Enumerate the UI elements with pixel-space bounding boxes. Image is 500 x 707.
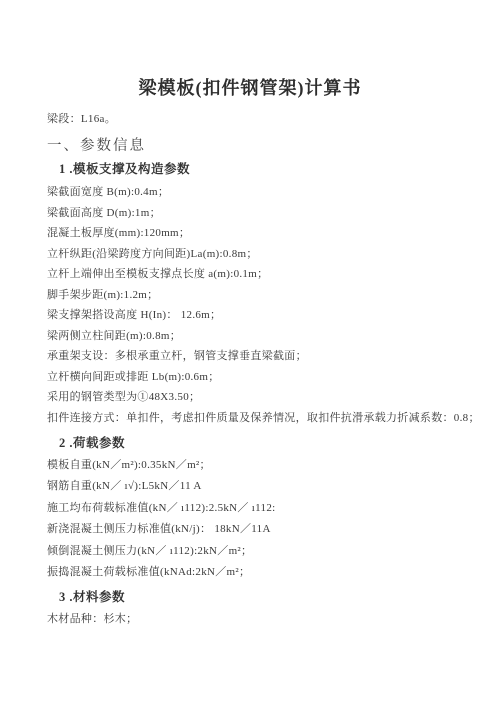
subsection-formwork-params: 1 .模板支撑及构造参数 梁截面宽度 B(m):0.4m； 梁截面高度 D(m)… [47,163,478,424]
param-line: 立杆横向间距或排距 Lb(m):0.6m； [47,372,478,383]
param-line: 模板自重(kN／m²):0.35kN／m²； [47,460,478,471]
param-line: 承重架支设：多根承重立杆，钢管支撑垂直梁截面； [47,351,478,362]
subsection-material-params: 3 .材料参数 木材品种：杉木； [47,591,478,625]
param-line: 梁截面宽度 B(m):0.4m； [47,187,478,198]
subsection-1-heading: 1 .模板支撑及构造参数 [59,163,478,176]
document-content: 梁模板(扣件钢管架)计算书 梁段：L16a。 一、参数信息 1 .模板支撑及构造… [0,0,500,625]
param-line: 扣件连接方式：单扣件，考虑扣件质量及保养情况，取扣件抗滑承载力折减系数：0.8； [47,413,478,424]
subsection-3-heading: 3 .材料参数 [59,591,478,604]
param-line: 倾倒混凝土侧压力(kN／ ı112):2kN／m²； [47,546,478,557]
param-line: 立杆上端伸出至模板支撑点长度 a(m):0.1m； [47,269,478,280]
param-line: 梁两侧立柱间距(m):0.8m； [47,331,478,342]
param-line: 混凝土板厚度(mm):120mm； [47,228,478,239]
param-line: 钢筋自重(kN／ ı√):L5kN／11 A [47,481,478,492]
section-1-heading: 一、参数信息 [47,139,478,154]
param-line: 梁截面高度 D(m):1m； [47,208,478,219]
param-line: 木材品种：杉木； [47,614,478,625]
param-line: 振捣混凝土荷载标准值(kNAd:2kN／m²； [47,567,478,578]
document-page: 梁模板(扣件钢管架)计算书 梁段：L16a。 一、参数信息 1 .模板支撑及构造… [0,0,500,707]
subsection-load-params: 2 .荷载参数 模板自重(kN／m²):0.35kN／m²； 钢筋自重(kN／ … [47,437,478,579]
subsection-2-heading: 2 .荷载参数 [59,437,478,450]
param-line: 新浇混凝土侧压力标准值(kN/j)： 18kN／11A [47,524,478,535]
param-line: 脚手架步距(m):1.2m； [47,290,478,301]
param-line: 施工均布荷载标准值(kN／ ı112):2.5kN／ ı112: [47,503,478,514]
document-title: 梁模板(扣件钢管架)计算书 [47,75,453,101]
param-line: 梁支撑架搭设高度 H(In)： 12.6m； [47,310,478,321]
param-line: 采用的钢管类型为①48X3.50； [47,392,478,403]
beam-segment-line: 梁段：L16a。 [47,114,478,125]
param-line: 立杆纵距(沿梁跨度方向间距)La(m):0.8m； [47,249,478,260]
